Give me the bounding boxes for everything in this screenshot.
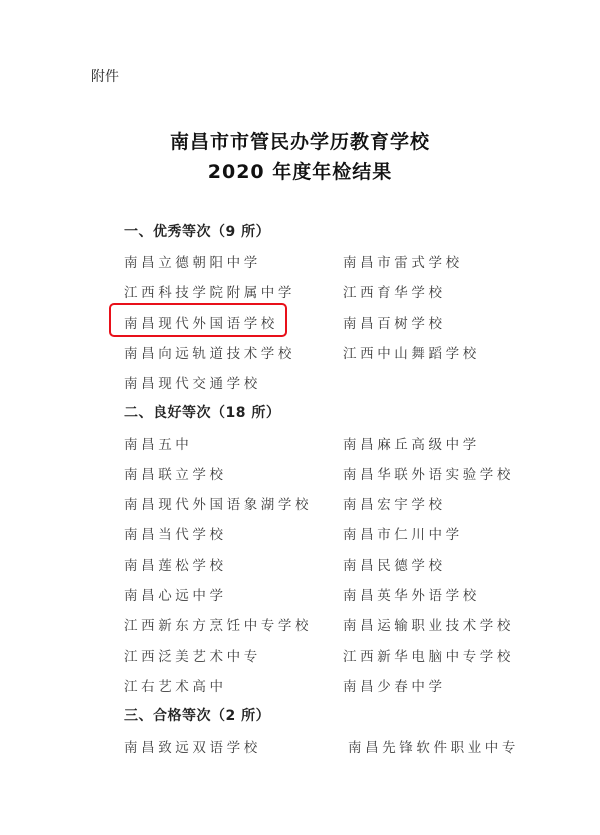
school-item: 南昌现代交通学校: [124, 372, 261, 392]
school-item: 南昌致远双语学校: [124, 736, 261, 756]
school-item: 南昌联立学校: [124, 463, 227, 483]
school-item: 南昌宏宇学校: [343, 493, 446, 513]
school-item-highlighted: 南昌现代外国语学校: [124, 312, 278, 332]
school-item: 南昌运输职业技术学校: [343, 614, 514, 634]
school-item: 江西新华电脑中专学校: [343, 645, 514, 665]
section-heading-qualified: 三、合格等次（2 所）: [124, 705, 270, 725]
school-item: 江西泛美艺术中专: [124, 645, 261, 665]
document-title-line2: 2020 年度年检结果: [0, 157, 600, 184]
school-item: 南昌英华外语学校: [343, 584, 480, 604]
school-item: 江西新东方烹饪中专学校: [124, 614, 312, 634]
school-item: 南昌市仁川中学: [343, 523, 463, 543]
section-heading-excellent: 一、优秀等次（9 所）: [124, 221, 270, 241]
school-item: 南昌麻丘高级中学: [343, 433, 480, 453]
document-page: 附件 南昌市市管民办学历教育学校 2020 年度年检结果 一、优秀等次（9 所）…: [0, 0, 600, 835]
school-item: 南昌民德学校: [343, 554, 446, 574]
school-item: 南昌百树学校: [343, 312, 446, 332]
school-item: 南昌五中: [124, 433, 192, 453]
school-item: 南昌市雷式学校: [343, 251, 463, 271]
school-item: 南昌当代学校: [124, 523, 227, 543]
school-item: 南昌心远中学: [124, 584, 227, 604]
school-item: 南昌向远轨道技术学校: [124, 342, 295, 362]
school-item: 江西中山舞蹈学校: [343, 342, 480, 362]
section-heading-good: 二、良好等次（18 所）: [124, 402, 280, 422]
document-title-line1: 南昌市市管民办学历教育学校: [0, 127, 600, 154]
school-item: 南昌现代外国语象湖学校: [124, 493, 312, 513]
school-item: 南昌少春中学: [343, 675, 446, 695]
attachment-label: 附件: [91, 66, 119, 86]
school-item: 南昌立德朝阳中学: [124, 251, 261, 271]
school-item: 江西育华学校: [343, 281, 446, 301]
school-item: 南昌莲松学校: [124, 554, 227, 574]
school-item: 江西科技学院附属中学: [124, 281, 295, 301]
school-item: 南昌先锋软件职业中专: [348, 736, 519, 756]
school-item: 南昌华联外语实验学校: [343, 463, 514, 483]
school-item: 江右艺术高中: [124, 675, 227, 695]
